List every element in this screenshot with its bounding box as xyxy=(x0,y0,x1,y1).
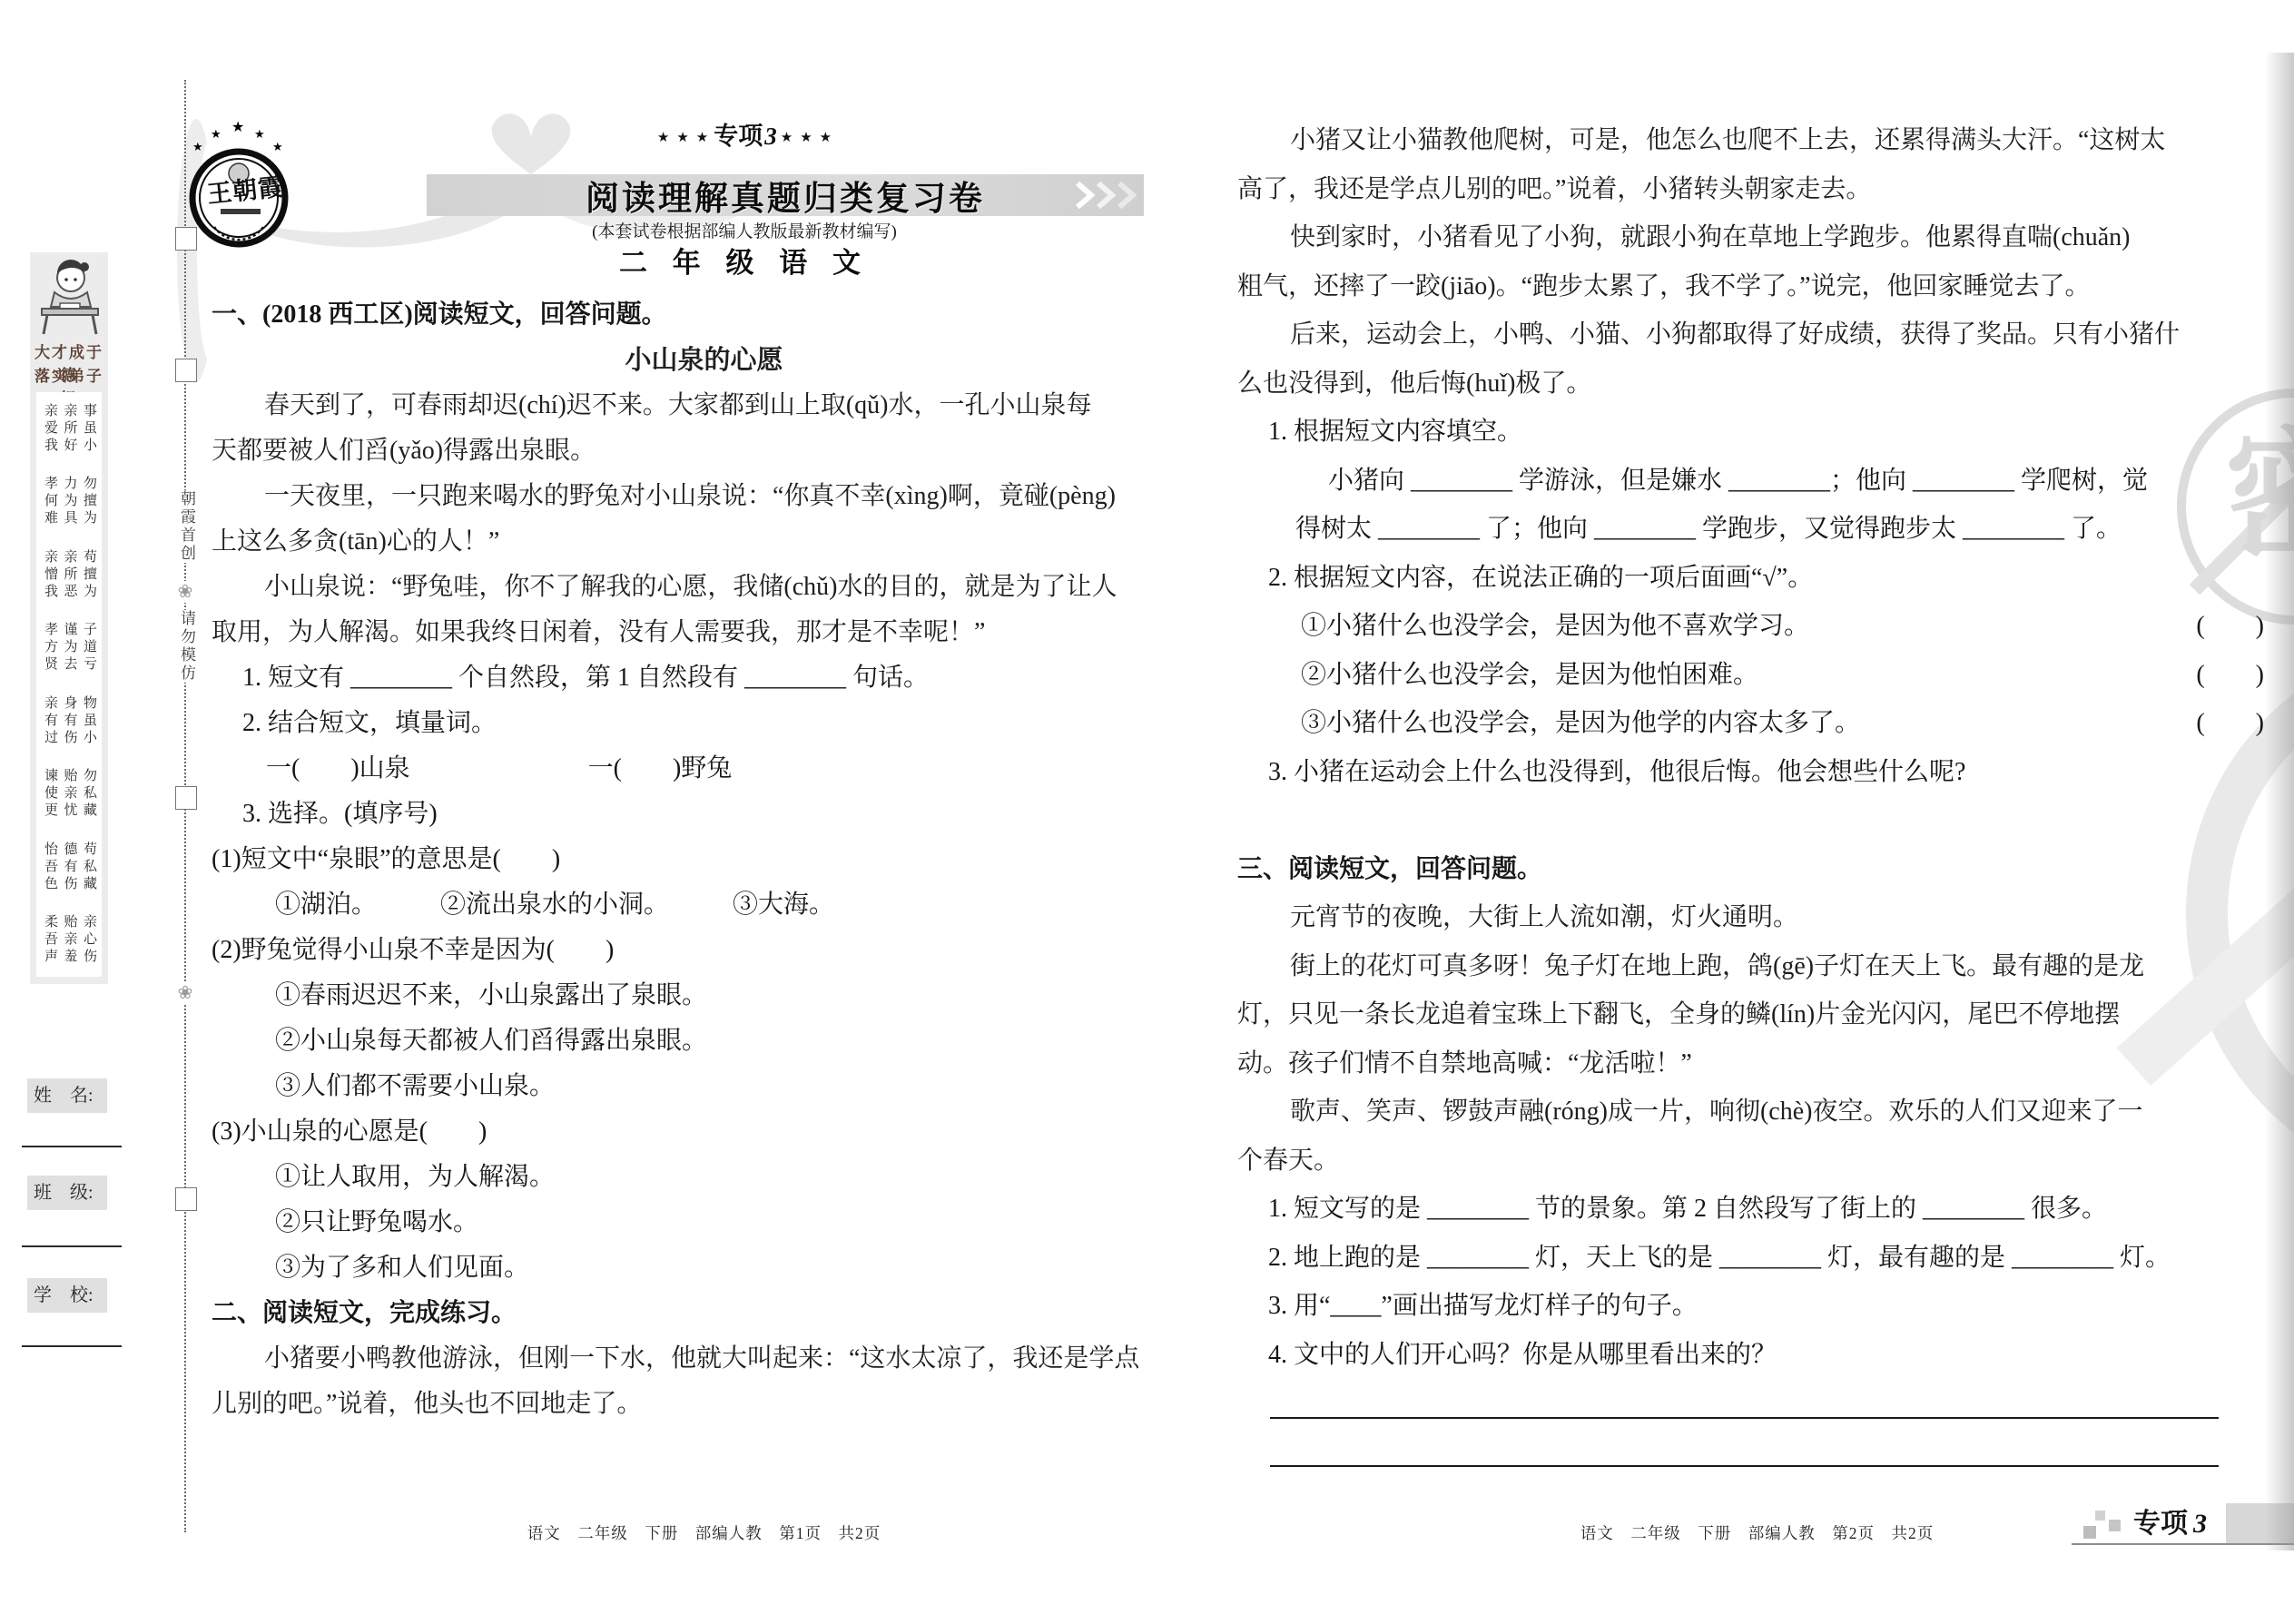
text-line: 粗气，还摔了一跤(jiāo)。“跑步太累了，我不学了。”说完，他回家睡觉去了。 xyxy=(1237,262,2277,311)
text-line: 后来，运动会上，小鸭、小猫、小狗都取得了好成绩，获得了奖品。只有小猪什 xyxy=(1237,310,2277,359)
dizigui-group: 谏使更贻亲忧勿私藏 xyxy=(36,758,102,832)
text-line: 天都要被人们舀(yǎo)得露出泉眼。 xyxy=(212,428,1196,474)
text-line xyxy=(1237,1428,2277,1477)
logo-small-print xyxy=(221,209,261,214)
page1-content: 一、(2018 西工区)阅读短文，回答问题。小山泉的心愿春天到了，可春雨却迟(c… xyxy=(212,292,1196,1427)
text-line: 一、(2018 西工区)阅读短文，回答问题。 xyxy=(212,292,1196,338)
dizigui-phrase: 勿私藏 xyxy=(80,768,97,820)
answer-paren: ( ) xyxy=(2196,651,2264,700)
dizigui-group: 孝何难力为具勿擅为 xyxy=(36,466,102,539)
dizigui-phrase: 亲憎我 xyxy=(41,549,58,601)
text-line: 二、阅读短文，完成练习。 xyxy=(212,1291,1196,1336)
text-line: 小山泉说：“野兔哇，你不了解我的心愿，我储(chǔ)水的目的，就是为了让人 xyxy=(212,565,1196,610)
dizigui-phrase: 柔吾声 xyxy=(41,914,58,966)
text-line: (1)短文中“泉眼”的意思是( ) xyxy=(212,837,1196,882)
star-icon: ★ xyxy=(777,131,796,145)
text-line: ①春雨迟迟不来，小山泉露出了泉眼。 xyxy=(212,973,1196,1019)
special-topic-label: 专项 xyxy=(712,123,764,150)
text-line: 2. 根据短文内容，在说法正确的一项后面画“√”。 xyxy=(1237,554,2277,603)
text-line: 1. 根据短文内容填空。 xyxy=(1237,408,2277,457)
dizigui-group: 亲爱我亲所好事虽小 xyxy=(36,392,102,466)
page1-footer: 语文 二年级 下册 部编人教 第1页 共2页 xyxy=(212,1521,1196,1544)
answer-paren: ( ) xyxy=(2196,699,2264,748)
text-line: 一( )山泉 一( )野兔 xyxy=(212,746,1196,792)
page2-footer: 语文 二年级 下册 部编人教 第2页 共2页 xyxy=(1237,1521,2277,1544)
band-arrows-icon xyxy=(1073,182,1137,209)
school-field-line xyxy=(22,1345,122,1347)
text-line: ①让人取用，为人解渴。 xyxy=(212,1155,1196,1200)
text-line: ③人们都不需要小山泉。 xyxy=(212,1064,1196,1109)
text-line: 上这么多贪(tān)心的人！” xyxy=(212,519,1196,565)
dizigui-group: 孝方贤谨为去子道亏 xyxy=(36,612,102,685)
text-line: 1. 短文有 ________ 个自然段，第 1 自然段有 ________ 句… xyxy=(212,655,1196,701)
dizigui-phrase: 身有伤 xyxy=(61,695,78,747)
text-line: 街上的花灯可真多呀！兔子灯在地上跑，鸽(gē)子灯在天上飞。最有趣的是龙 xyxy=(1237,942,2277,991)
text-line: 1. 短文写的是 ________ 节的景象。第 2 自然段写了街上的 ____… xyxy=(1237,1185,2277,1234)
text-line: 灯，只见一条长龙追着宝珠上下翻飞，全身的鳞(lín)片金光闪闪，尾巴不停地摆 xyxy=(1237,990,2277,1039)
text-line xyxy=(1237,796,2277,845)
seal-stamp-icon xyxy=(175,359,197,382)
dizigui-phrase: 谏使更 xyxy=(41,768,58,820)
text-line: 一天夜里，一只跑来喝水的野兔对小山泉说：“你真不幸(xìng)啊，竟碰(pèng… xyxy=(212,474,1196,519)
dizigui-phrase: 怡吾色 xyxy=(41,842,58,893)
text-line: 取用，为人解渴。如果我终日闲着，没有人需要我，那才是不幸呢！” xyxy=(212,610,1196,655)
dizigui-phrase: 亲所恶 xyxy=(61,549,78,601)
corner-square-icon xyxy=(2095,1511,2105,1521)
star-icon: ★ xyxy=(693,131,712,145)
text-line: (2)野兔觉得小山泉不幸是因为( ) xyxy=(212,928,1196,973)
text-line: ③为了多和人们见面。 xyxy=(212,1245,1196,1291)
page2-content: 小猪又让小猫教他爬树，可是，他怎么也爬不上去，还累得满头大汗。“这树太高了，我还… xyxy=(1237,116,2277,1476)
text-line: 2. 地上跑的是 ________ 灯，天上飞的是 ________ 灯，最有趣… xyxy=(1237,1234,2277,1283)
star-icon: ★ xyxy=(816,131,835,145)
text-line: 高了，我还是学点儿别的吧。”说着，小猪转头朝家走去。 xyxy=(1237,165,2277,214)
flower-icon: ❀ xyxy=(174,581,196,603)
text-line: ①湖泊。 ②流出泉水的小洞。 ③大海。 xyxy=(212,882,1196,928)
dizigui-phrase: 孝方贤 xyxy=(41,622,58,674)
text-line: 2. 结合短文，填量词。 xyxy=(212,701,1196,746)
special-topic-number: 3 xyxy=(764,123,777,150)
star-icon: ★ xyxy=(796,131,815,145)
corner-tab-text: 专项 xyxy=(2133,1509,2188,1539)
dizigui-phrase: 亲爱我 xyxy=(41,403,58,455)
dizigui-phrase: 贻亲羞 xyxy=(61,914,78,966)
dizigui-phrase: 事虽小 xyxy=(80,403,97,455)
svg-text:★: ★ xyxy=(254,127,265,141)
text-line: 儿别的吧。”说着，他头也不回地走了。 xyxy=(212,1382,1196,1427)
svg-text:★: ★ xyxy=(192,140,203,153)
dizigui-phrase: 谨为去 xyxy=(61,622,78,674)
dizigui-group: 柔吾声贻亲羞亲心伤 xyxy=(36,904,102,978)
dizigui-group: 亲有过身有伤物虽小 xyxy=(36,684,102,758)
dizigui-phrase: 苟私藏 xyxy=(80,842,97,893)
svg-text:★: ★ xyxy=(272,140,283,153)
star-icon: ★ xyxy=(654,131,673,145)
dizigui-phrase: 孝何难 xyxy=(41,476,58,527)
corner-square-icon xyxy=(2109,1520,2121,1531)
text-line: 动。孩子们情不自禁地高喊：“龙活啦！” xyxy=(1237,1039,2277,1088)
dizigui-phrase: 贻亲忧 xyxy=(61,768,78,820)
text-line: 3. 选择。(填序号) xyxy=(212,792,1196,837)
text-line: 得树太 ________ 了；他向 ________ 学跑步，又觉得跑步太 __… xyxy=(1237,505,2277,554)
fold-text-top: 朝霞首创 xyxy=(172,490,198,563)
text-line: ①小猪什么也没学会，是因为他不喜欢学习。( ) xyxy=(1237,602,2277,651)
dizigui-phrase: 子道亏 xyxy=(80,622,97,674)
dizigui-phrase: 德有伤 xyxy=(61,842,78,893)
seal-stamp-icon xyxy=(175,786,197,810)
text-line: 3. 用“____”画出描写龙灯样子的句子。 xyxy=(1237,1282,2277,1331)
dizigui-group: 怡吾色德有伤苟私藏 xyxy=(36,831,102,904)
text-line: 歌声、笑声、锣鼓声融(róng)成一片，响彻(chè)夜空。欢乐的人们又迎来了一 xyxy=(1237,1088,2277,1137)
text-line xyxy=(1237,1379,2277,1428)
school-field-label: 学 校: xyxy=(27,1278,107,1313)
text-line: ②小猪什么也没学会，是因为他怕困难。( ) xyxy=(1237,651,2277,700)
corner-tab-number: 3 xyxy=(2188,1509,2207,1539)
dizigui-phrase: 物虽小 xyxy=(80,695,97,747)
text-line: 小猪又让小猫教他爬树，可是，他怎么也爬不上去，还累得满头大汗。“这树太 xyxy=(1237,116,2277,165)
dizigui-phrase: 亲有过 xyxy=(41,695,58,747)
name-field-line xyxy=(22,1146,122,1147)
text-line: 么也没得到，他后悔(huǐ)极了。 xyxy=(1237,359,2277,408)
option-text: ②小猪什么也没学会，是因为他怕困难。 xyxy=(1301,651,1758,700)
corner-square-icon xyxy=(2083,1526,2096,1539)
text-line: 个春天。 xyxy=(1237,1137,2277,1186)
text-line: 快到家时，小猪看见了小狗，就跟小狗在草地上学跑步。他累得直喘(chuǎn) xyxy=(1237,213,2277,262)
text-line: (3)小山泉的心愿是( ) xyxy=(212,1109,1196,1155)
fold-text-bottom: 请勿模仿 xyxy=(172,610,198,683)
dizigui-group: 亲憎我亲所恶苟擅为 xyxy=(36,538,102,612)
dizigui-phrase: 力为具 xyxy=(61,476,78,527)
text-line: ③小猪什么也没学会，是因为他学的内容太多了。( ) xyxy=(1237,699,2277,748)
dizigui-phrase: 亲所好 xyxy=(61,403,78,455)
text-line: 春天到了，可春雨却迟(chí)迟不来。大家都到山上取(qǔ)水，一孔小山泉每 xyxy=(212,383,1196,428)
dizigui-phrase: 苟擅为 xyxy=(80,549,97,601)
flower-icon: ❀ xyxy=(174,982,196,1004)
star-icon: ★ xyxy=(673,131,692,145)
studying-child-illustration xyxy=(36,258,102,336)
text-line: 小猪向 ________ 学游泳，但是嫌水 ________；他向 ______… xyxy=(1237,457,2277,506)
paper-title: 阅读理解真题归类复习卷 xyxy=(586,171,985,220)
corner-tab-rule xyxy=(2072,1543,2294,1545)
corner-tab-label: 专项3 xyxy=(2133,1501,2207,1540)
text-line: ②只让野兔喝水。 xyxy=(212,1200,1196,1245)
title-band: 阅读理解真题归类复习卷 xyxy=(427,174,1144,216)
seal-stamp-icon xyxy=(175,1187,197,1211)
svg-text:★: ★ xyxy=(231,120,244,135)
page-edge-shading xyxy=(2265,53,2294,1550)
answer-paren: ( ) xyxy=(2196,602,2264,651)
option-text: ①小猪什么也没学会，是因为他不喜欢学习。 xyxy=(1301,602,1809,651)
grade-subject-title: 二 年 级 语 文 xyxy=(427,240,1062,281)
text-line: 4. 文中的人们开心吗？你是从哪里看出来的？ xyxy=(1237,1331,2277,1380)
text-line: 3. 小猪在运动会上什么也没得到，他很后悔。他会想些什么呢? xyxy=(1237,748,2277,797)
text-line: 小山泉的心愿 xyxy=(212,338,1196,383)
dizigui-phrase: 勿擅为 xyxy=(80,476,97,527)
svg-text:★: ★ xyxy=(211,127,222,141)
text-line: 小猪要小鸭教他游泳，但刚一下水，他就大叫起来：“这水太凉了，我还是学点 xyxy=(212,1336,1196,1382)
class-field-line xyxy=(22,1245,122,1247)
name-field-label: 姓 名: xyxy=(27,1078,107,1113)
text-line: ②小山泉每天都被人们舀得露出泉眼。 xyxy=(212,1019,1196,1064)
class-field-label: 班 级: xyxy=(27,1176,107,1210)
dizigui-phrase-panel: 亲爱我亲所好事虽小孝何难力为具勿擅为亲憎我亲所恶苟擅为孝方贤谨为去子道亏亲有过身… xyxy=(36,392,102,977)
paper-subtitle: (本套试卷根据部编人教版最新教材编写) xyxy=(427,218,1062,242)
text-line: 三、阅读短文，回答问题。 xyxy=(1237,845,2277,894)
special-topic-title: ★★★专项3★★★ xyxy=(427,116,1062,147)
option-text: ③小猪什么也没学会，是因为他学的内容太多了。 xyxy=(1301,699,1860,748)
dizigui-phrase: 亲心伤 xyxy=(80,914,97,966)
text-line: 元宵节的夜晚，大街上人流如潮，灯火通明。 xyxy=(1237,893,2277,942)
